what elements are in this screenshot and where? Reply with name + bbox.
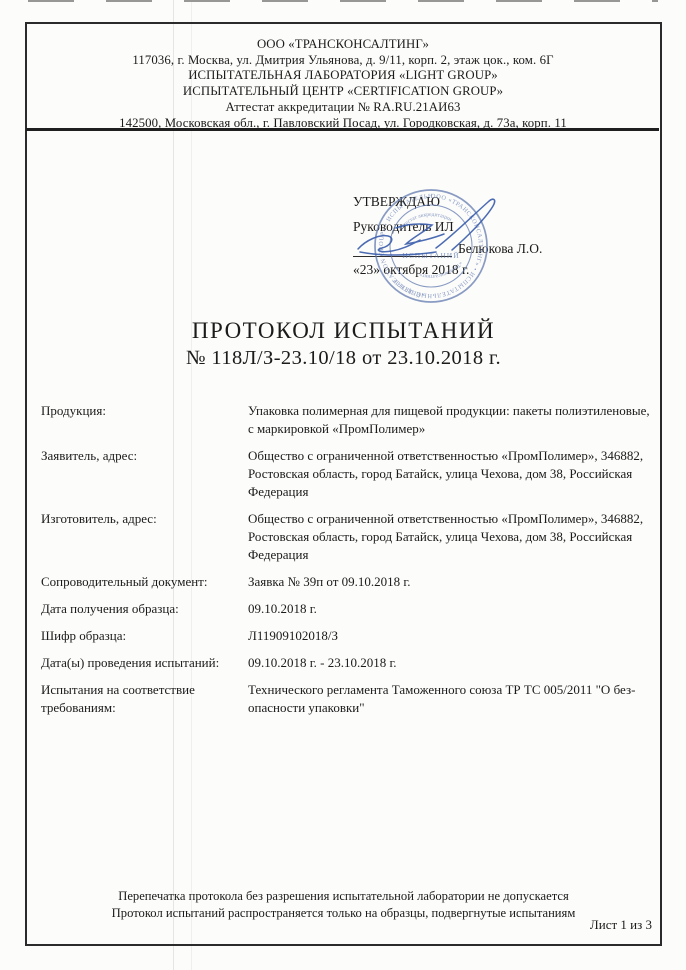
field-label: Изготовитель, адрес: [41, 510, 248, 564]
document-title: ПРОТОКОЛ ИСПЫТАНИЙ № 118Л/З-23.10/18 от … [25, 317, 662, 370]
field-row-manufacturer: Изготовитель, адрес: Общество с ограниче… [41, 510, 657, 564]
letterhead-address-moscow: 117036, г. Москва, ул. Дмитрия Ульянова,… [30, 53, 656, 69]
letterhead-org: ООО «ТРАНСКОНСАЛТИНГ» [30, 37, 656, 53]
field-row-compliance: Испытания на соответствие требованиям: Т… [41, 681, 657, 717]
field-label: Шифр образца: [41, 627, 248, 645]
field-value: Заявка № 39п от 09.10.2018 г. [248, 573, 657, 591]
approval-role: Руководитель ИЛ [353, 218, 593, 235]
field-value: Общество с ограниченной ответственностью… [248, 447, 657, 501]
header-divider [26, 128, 659, 131]
approval-block: УТВЕРЖДАЮ Руководитель ИЛ Белюкова Л.О. … [353, 193, 593, 278]
field-label: Продукция: [41, 402, 248, 438]
signature-row: Белюкова Л.О. [353, 240, 593, 257]
sheet-number: Лист 1 из 3 [590, 917, 652, 933]
page-title: ПРОТОКОЛ ИСПЫТАНИЙ [25, 317, 662, 344]
field-row-sample-code: Шифр образца: Л11909102018/З [41, 627, 657, 645]
field-label: Дата(ы) проведения испытаний: [41, 654, 248, 672]
field-value: Л11909102018/З [248, 627, 657, 645]
signature-line [353, 241, 452, 257]
letterhead-center-name: ИСПЫТАТЕЛЬНЫЙ ЦЕНТР «CERTIFICATION GROUP… [30, 84, 656, 100]
approval-signer: Белюкова Л.О. [458, 241, 542, 256]
letterhead: ООО «ТРАНСКОНСАЛТИНГ» 117036, г. Москва,… [30, 37, 656, 131]
protocol-fields: Продукция: Упаковка полимерная для пищев… [41, 402, 657, 726]
scan-edge-artifact [28, 0, 658, 2]
field-label: Заявитель, адрес: [41, 447, 248, 501]
approval-date: «23» октября 2018 г. [353, 261, 593, 278]
document-page: ООО «ТРАНСКОНСАЛТИНГ» 117036, г. Москва,… [0, 0, 686, 970]
field-label: Испытания на соответствие требованиям: [41, 681, 248, 717]
field-row-sample-received-date: Дата получения образца: 09.10.2018 г. [41, 600, 657, 618]
field-row-test-dates: Дата(ы) проведения испытаний: 09.10.2018… [41, 654, 657, 672]
footer-notice-2: Протокол испытаний распространяется толь… [25, 905, 662, 922]
field-value: Упаковка полимерная для пищевой продукци… [248, 402, 657, 438]
approval-heading: УТВЕРЖДАЮ [353, 193, 593, 210]
field-row-product: Продукция: Упаковка полимерная для пищев… [41, 402, 657, 438]
field-row-applicant: Заявитель, адрес: Общество с ограниченно… [41, 447, 657, 501]
field-row-accompanying-document: Сопроводительный документ: Заявка № 39п … [41, 573, 657, 591]
footer-notices: Перепечатка протокола без разрешения исп… [25, 888, 662, 921]
field-value: 09.10.2018 г. [248, 600, 657, 618]
field-label: Сопроводительный документ: [41, 573, 248, 591]
field-value: 09.10.2018 г. - 23.10.2018 г. [248, 654, 657, 672]
letterhead-accreditation: Аттестат аккредитации № RA.RU.21АИ63 [30, 100, 656, 116]
protocol-number: № 118Л/З-23.10/18 от 23.10.2018 г. [25, 346, 662, 370]
footer-notice-1: Перепечатка протокола без разрешения исп… [25, 888, 662, 905]
field-value: Технического регламента Таможенного союз… [248, 681, 657, 717]
field-label: Дата получения образца: [41, 600, 248, 618]
field-value: Общество с ограниченной ответственностью… [248, 510, 657, 564]
letterhead-lab-name: ИСПЫТАТЕЛЬНАЯ ЛАБОРАТОРИЯ «LIGHT GROUP» [30, 68, 656, 84]
